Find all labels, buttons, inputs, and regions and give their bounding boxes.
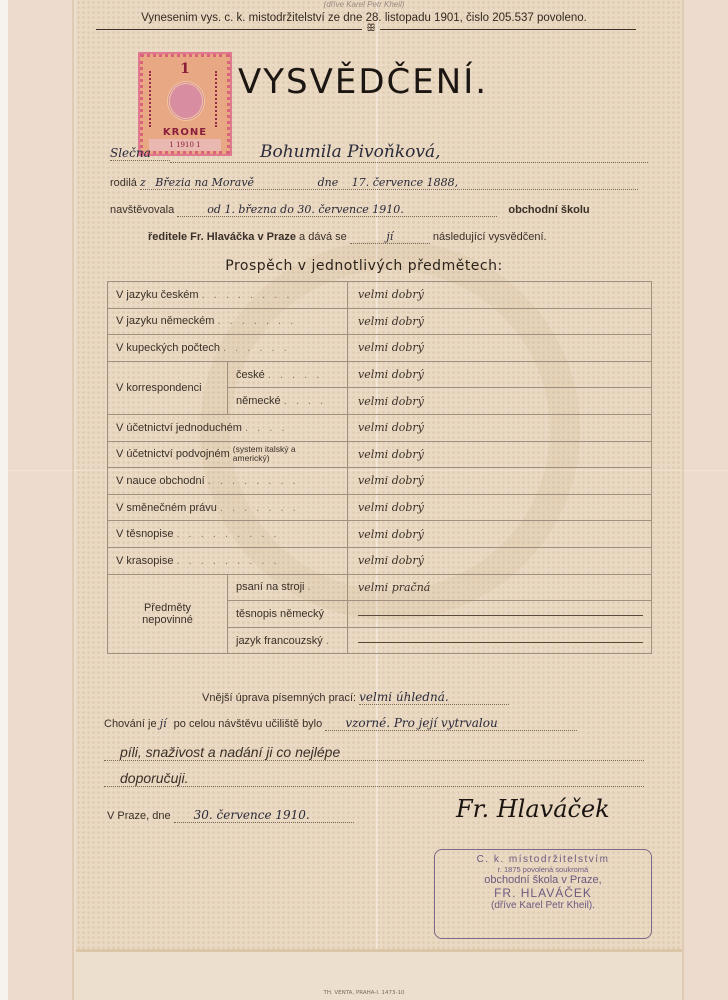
grade-blank xyxy=(348,627,652,654)
born-label: rodilá xyxy=(110,177,137,189)
birth-date: 17. července 1888, xyxy=(352,176,458,189)
table-row: V těsnopise . . . . . . . . . velmi dobr… xyxy=(108,521,652,548)
optional-group-label: Předměty nepovinné xyxy=(108,574,228,654)
director-label: ředitele Fr. Hlaváčka v Praze xyxy=(148,231,296,243)
grade-value: velmi dobrý xyxy=(348,441,652,468)
grade-value: velmi dobrý xyxy=(348,388,652,415)
stamp-line-5: (dříve Karel Petr Kheil). xyxy=(435,900,651,911)
scan-edge xyxy=(0,0,8,1000)
grade-value: velmi dobrý xyxy=(348,361,652,388)
left-margin xyxy=(8,0,74,1000)
place-date-line: V Praze, dne 30. července 1910. xyxy=(107,808,354,823)
dot-leader: . . . . . . xyxy=(223,342,290,354)
grade-value: velmi dobrý xyxy=(348,494,652,521)
grade-value: velmi dobrý xyxy=(348,335,652,362)
issue-date: 30. července 1910. xyxy=(174,808,354,823)
dot-leader: . . . . . . . . xyxy=(208,475,299,487)
birthplace: Březia na Moravě xyxy=(155,176,254,189)
sub-subject-label: psaní na stroji xyxy=(236,581,304,593)
place-label: V Praze, dne xyxy=(107,810,171,822)
neatness-line: Vnější úprava písemných prací: velmi úhl… xyxy=(202,690,509,705)
subject-label: V účetnictví jednoduchém xyxy=(116,422,242,434)
stamp-line-1: C. k. místodržitelstvím xyxy=(435,854,651,865)
emperor-portrait-icon xyxy=(167,81,205,121)
attended-label: navštěvovala xyxy=(110,204,174,216)
sub-subject-label: české xyxy=(236,369,265,381)
subject-note: (system italský a americký) xyxy=(233,445,313,463)
grades-heading: Prospěch v jednotlivých předmětech: xyxy=(0,258,728,274)
stamp-vine-left xyxy=(149,71,157,127)
table-row: V korrespondenci české . . . . . velmi d… xyxy=(108,361,652,388)
table-row: V nauce obchodní . . . . . . . . velmi d… xyxy=(108,468,652,495)
pronoun: jí xyxy=(350,230,430,244)
subject-label: V kupeckých počtech xyxy=(116,342,220,354)
subject-label: V směnečném právu xyxy=(116,502,217,514)
dot-leader: . . . . . . . . xyxy=(202,289,293,301)
salutation: Slečna xyxy=(110,146,170,161)
subject-label: V jazyku českém xyxy=(116,289,199,301)
printer-imprint: TH. VENTA, PRAHA-I. 1473-10 xyxy=(0,990,728,996)
dot-leader: . . . . xyxy=(245,422,287,434)
school-label: obchodní školu xyxy=(508,204,589,216)
grades-table: V jazyku českém . . . . . . . . velmi do… xyxy=(107,281,652,654)
grade-value: velmi dobrý xyxy=(348,308,652,335)
stamp-currency: KRONE xyxy=(143,127,227,138)
optional-label-line1: Předměty xyxy=(116,602,219,614)
gives-label: a dává se xyxy=(299,231,347,243)
conduct-pronoun: jí xyxy=(160,717,167,730)
school-rubber-stamp: C. k. místodržitelstvím r. 1875 povolená… xyxy=(434,849,652,939)
neatness-label: Vnější úprava písemných prací: xyxy=(202,692,356,704)
subject-label: V nauce obchodní xyxy=(116,475,205,487)
header-rule-left xyxy=(96,29,362,30)
sub-subject-label: německé xyxy=(236,395,281,407)
table-row: Předměty nepovinné psaní na stroji . vel… xyxy=(108,574,652,601)
dot-leader: . . . . . . . xyxy=(218,315,297,327)
stamp-line-2: r. 1875 povolená soukromá xyxy=(435,865,651,874)
table-row: V účetnictví jednoduchém . . . . velmi d… xyxy=(108,414,652,441)
grade-value: velmi dobrý xyxy=(348,414,652,441)
born-prefix: z xyxy=(140,176,146,189)
subject-label: V těsnopise xyxy=(116,528,173,540)
dot-leader: . xyxy=(308,581,314,593)
director-line: ředitele Fr. Hlaváčka v Praze a dává se … xyxy=(148,230,547,244)
grade-value: velmi dobrý xyxy=(348,521,652,548)
birth-details: z Březia na Moravě dne 17. července 1888… xyxy=(140,176,638,190)
right-margin xyxy=(682,0,728,1000)
attendance-dates: od 1. března do 30. července 1910. xyxy=(177,203,497,217)
table-row: V účetnictví podvojném (system italský a… xyxy=(108,441,652,468)
neatness-value: velmi úhledná. xyxy=(359,690,509,705)
conduct-label: po celou návštěvu učiliště bylo xyxy=(174,718,323,730)
grade-value: velmi dobrý xyxy=(348,547,652,574)
stamp-line-4: FR. HLAVÁČEK xyxy=(435,886,651,900)
recommendation-line-3: doporučuji. xyxy=(104,770,644,787)
grade-value: velmi pračná xyxy=(348,574,652,601)
ornament-icon: ꕥ xyxy=(362,23,380,34)
name-line: SlečnaBohumila Pivoňková, xyxy=(110,142,650,163)
dot-leader: . . . . xyxy=(284,395,326,407)
document-title: VYSVĚDČENÍ. xyxy=(238,62,488,102)
stamp-vine-right xyxy=(215,71,223,127)
stamp-line-3: obchodní škola v Praze, xyxy=(435,874,651,886)
conduct-prefix: Chování je xyxy=(104,718,157,730)
student-name: Bohumila Pivoňková, xyxy=(170,142,648,163)
subject-label: V krasopise xyxy=(116,555,173,567)
dot-leader: . . . . . . . . . xyxy=(177,528,280,540)
table-row: V kupeckých počtech . . . . . . velmi do… xyxy=(108,335,652,362)
header-rule-right xyxy=(380,29,636,30)
birth-line: rodilá z Březia na Moravě dne 17. červen… xyxy=(110,176,650,190)
grade-blank xyxy=(348,601,652,628)
sub-subject-label: těsnopis německý xyxy=(228,601,348,628)
dot-leader: . . . . . xyxy=(268,369,323,381)
group-label: V korrespondenci xyxy=(108,361,228,414)
subject-label: V jazyku německém xyxy=(116,315,214,327)
subject-label: V účetnictví podvojném xyxy=(116,448,230,460)
dot-leader: . . . . . . . xyxy=(220,502,299,514)
conduct-line: Chování je jí po celou návštěvu učiliště… xyxy=(104,716,577,731)
table-row: V směnečném právu . . . . . . . velmi do… xyxy=(108,494,652,521)
former-name-note: (dříve Karel Petr Kheil) xyxy=(0,0,728,9)
conduct-value: vzorné. Pro její vytrvalou xyxy=(325,716,577,731)
grade-value: velmi dobrý xyxy=(348,282,652,309)
table-row: V jazyku německém . . . . . . . velmi do… xyxy=(108,308,652,335)
dot-leader: . . . . . . . . . xyxy=(177,555,280,567)
dot-leader: . xyxy=(326,635,332,647)
table-row: V krasopise . . . . . . . . . velmi dobr… xyxy=(108,547,652,574)
revenue-stamp: 1 KRONE 1 1910 1 xyxy=(140,54,230,154)
sub-subject-label: jazyk francouzský xyxy=(236,635,323,647)
director-signature: Fr. Hlaváček xyxy=(456,795,610,823)
born-day-label: dne xyxy=(318,176,339,189)
blank-line xyxy=(358,615,643,616)
attendance-line: navštěvovala od 1. března do 30. červenc… xyxy=(110,203,650,217)
recommendation-line-2: píli, snaživost a nadání ji co nejlépe xyxy=(104,744,644,761)
optional-label-line2: nepovinné xyxy=(116,614,219,626)
following-label: následující vysvědčení. xyxy=(433,231,547,243)
table-row: V jazyku českém . . . . . . . . velmi do… xyxy=(108,282,652,309)
blank-line xyxy=(358,642,643,643)
grade-value: velmi dobrý xyxy=(348,468,652,495)
